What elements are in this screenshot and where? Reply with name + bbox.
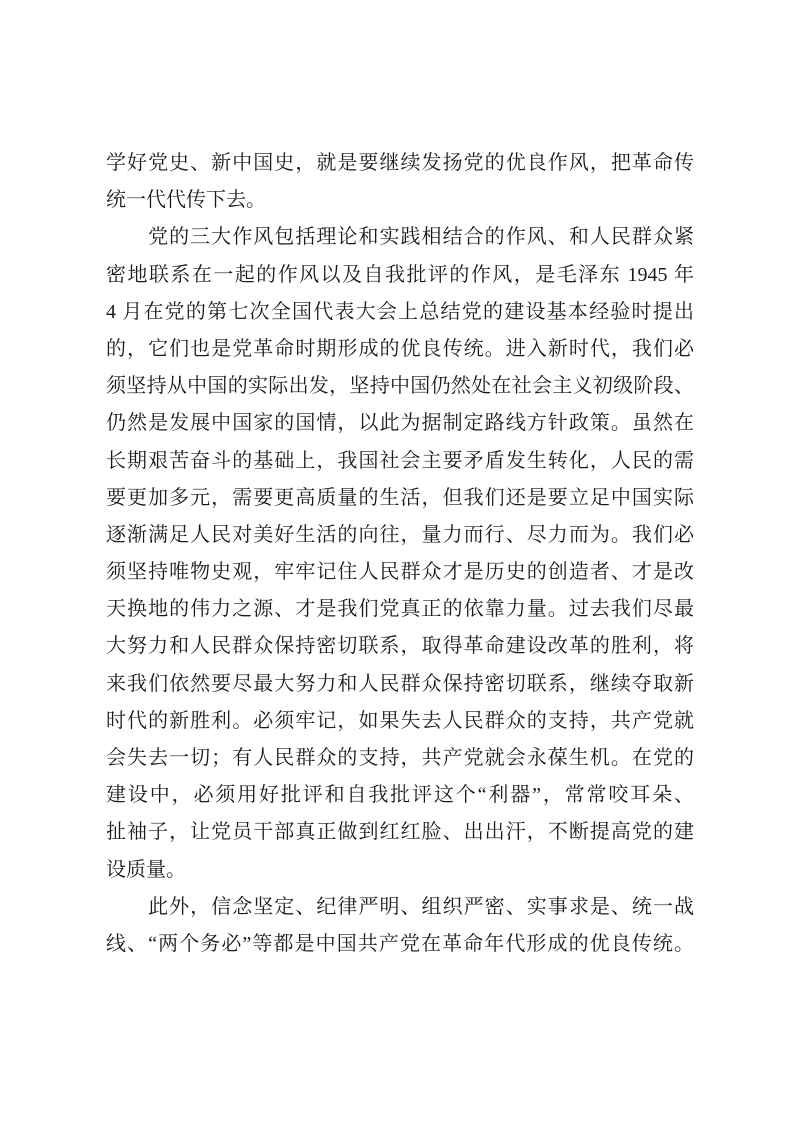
text-line: 时代的新胜利。必须牢记，如果失去人民群众的支持，共产党就 — [106, 703, 694, 740]
text-line: 统一代代传下去。 — [106, 182, 694, 219]
text-line: 逐渐满足人民对美好生活的向往，量力而行、尽力而为。我们必 — [106, 517, 694, 554]
text-line: 4 月在党的第七次全国代表大会上总结党的建设基本经验时提出 — [106, 294, 694, 331]
text-line: 须坚持唯物史观，牢牢记住人民群众才是历史的创造者、才是改 — [106, 554, 694, 591]
text-line: 长期艰苦奋斗的基础上，我国社会主要矛盾发生转化，人民的需 — [106, 443, 694, 480]
document-body: 学好党史、新中国史，就是要继续发扬党的优良作风，把革命传统一代代传下去。 党的三… — [106, 145, 694, 963]
text-line: 学好党史、新中国史，就是要继续发扬党的优良作风，把革命传 — [106, 145, 694, 182]
text-line: 仍然是发展中国家的国情，以此为据制定路线方针政策。虽然在 — [106, 405, 694, 442]
document-page: 学好党史、新中国史，就是要继续发扬党的优良作风，把革命传统一代代传下去。 党的三… — [0, 0, 793, 1122]
text-line: 线、“两个务必”等都是中国共产党在革命年代形成的优良传统。 — [106, 926, 694, 963]
text-line: 党的三大作风包括理论和实践相结合的作风、和人民群众紧 — [106, 219, 694, 256]
text-line: 扯袖子，让党员干部真正做到红红脸、出出汗，不断提高党的建 — [106, 814, 694, 851]
text-line: 会失去一切；有人民群众的支持，共产党就会永葆生机。在党的 — [106, 740, 694, 777]
text-line: 设质量。 — [106, 852, 694, 889]
text-line: 的，它们也是党革命时期形成的优良传统。进入新时代，我们必 — [106, 331, 694, 368]
text-line: 建设中，必须用好批评和自我批评这个“利器”，常常咬耳朵、 — [106, 777, 694, 814]
text-line: 要更加多元，需要更高质量的生活，但我们还是要立足中国实际 — [106, 480, 694, 517]
text-line: 大努力和人民群众保持密切联系，取得革命建设改革的胜利，将 — [106, 628, 694, 665]
text-line: 天换地的伟力之源、才是我们党真正的依靠力量。过去我们尽最 — [106, 591, 694, 628]
text-line: 须坚持从中国的实际出发，坚持中国仍然处在社会主义初级阶段、 — [106, 368, 694, 405]
text-line: 密地联系在一起的作风以及自我批评的作风，是毛泽东 1945 年 — [106, 257, 694, 294]
text-line: 来我们依然要尽最大努力和人民群众保持密切联系，继续夺取新 — [106, 666, 694, 703]
text-line: 此外，信念坚定、纪律严明、组织严密、实事求是、统一战 — [106, 889, 694, 926]
